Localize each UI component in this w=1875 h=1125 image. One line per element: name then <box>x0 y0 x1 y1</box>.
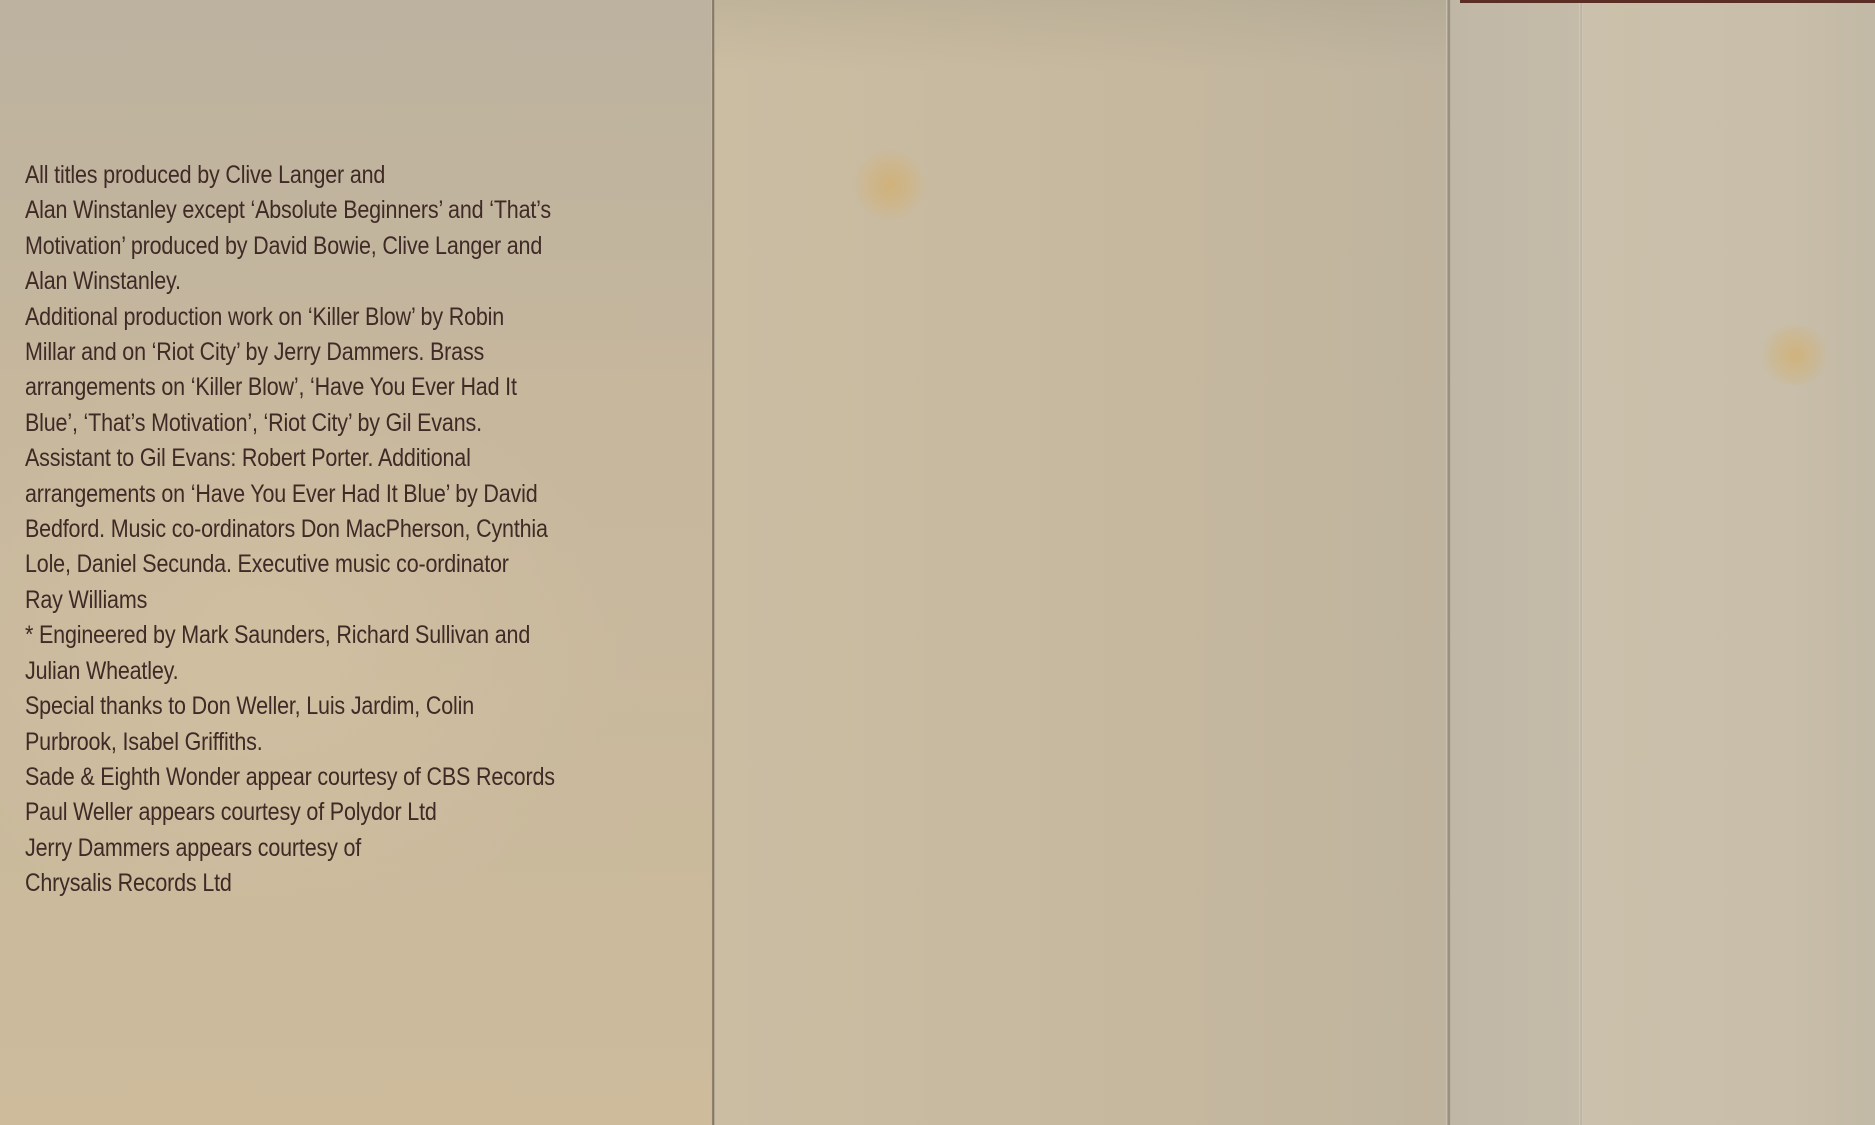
credits-line: Blue’, ‘That’s Motivation’, ‘Riot City’ … <box>25 406 610 441</box>
credits-line: Assistant to Gil Evans: Robert Porter. A… <box>25 441 610 476</box>
credits-line: Bedford. Music co-ordinators Don MacPher… <box>25 512 610 547</box>
paper-stain <box>855 150 925 220</box>
credits-line: Additional production work on ‘Killer Bl… <box>25 300 610 335</box>
fold-line <box>1579 0 1583 1125</box>
credits-line: Alan Winstanley except ‘Absolute Beginne… <box>25 193 610 228</box>
credits-line: arrangements on ‘Have You Ever Had It Bl… <box>25 477 610 512</box>
credits-text-block: All titles produced by Clive Langer and … <box>25 158 610 902</box>
fold-line <box>1446 0 1451 1125</box>
inlay-card: All titles produced by Clive Langer and … <box>0 0 1875 1125</box>
blank-panel-spine <box>1450 0 1580 1125</box>
credits-line: Special thanks to Don Weller, Luis Jardi… <box>25 689 610 724</box>
credits-line: Millar and on ‘Riot City’ by Jerry Damme… <box>25 335 610 370</box>
credits-line: arrangements on ‘Killer Blow’, ‘Have You… <box>25 370 610 405</box>
credits-panel: All titles produced by Clive Langer and … <box>0 0 712 1125</box>
credits-line: Purbrook, Isabel Griffiths. <box>25 725 610 760</box>
credits-line: Motivation’ produced by David Bowie, Cli… <box>25 229 610 264</box>
credits-line: All titles produced by Clive Langer and <box>25 158 610 193</box>
blank-panel-main <box>714 0 1448 1125</box>
paper-stain <box>1760 325 1830 385</box>
credits-line: Sade & Eighth Wonder appear courtesy of … <box>25 760 610 795</box>
credits-line: Julian Wheatley. <box>25 654 610 689</box>
fold-line <box>711 0 715 1125</box>
blank-panel-flap <box>1582 0 1875 1125</box>
credits-line: Alan Winstanley. <box>25 264 610 299</box>
background-edge <box>1460 0 1875 3</box>
credits-line: Jerry Dammers appears courtesy of <box>25 831 610 866</box>
credits-line: Chrysalis Records Ltd <box>25 866 610 901</box>
credits-line: Lole, Daniel Secunda. Executive music co… <box>25 547 610 582</box>
credits-line: Ray Williams <box>25 583 610 618</box>
credits-line: * Engineered by Mark Saunders, Richard S… <box>25 618 610 653</box>
credits-line: Paul Weller appears courtesy of Polydor … <box>25 795 610 830</box>
